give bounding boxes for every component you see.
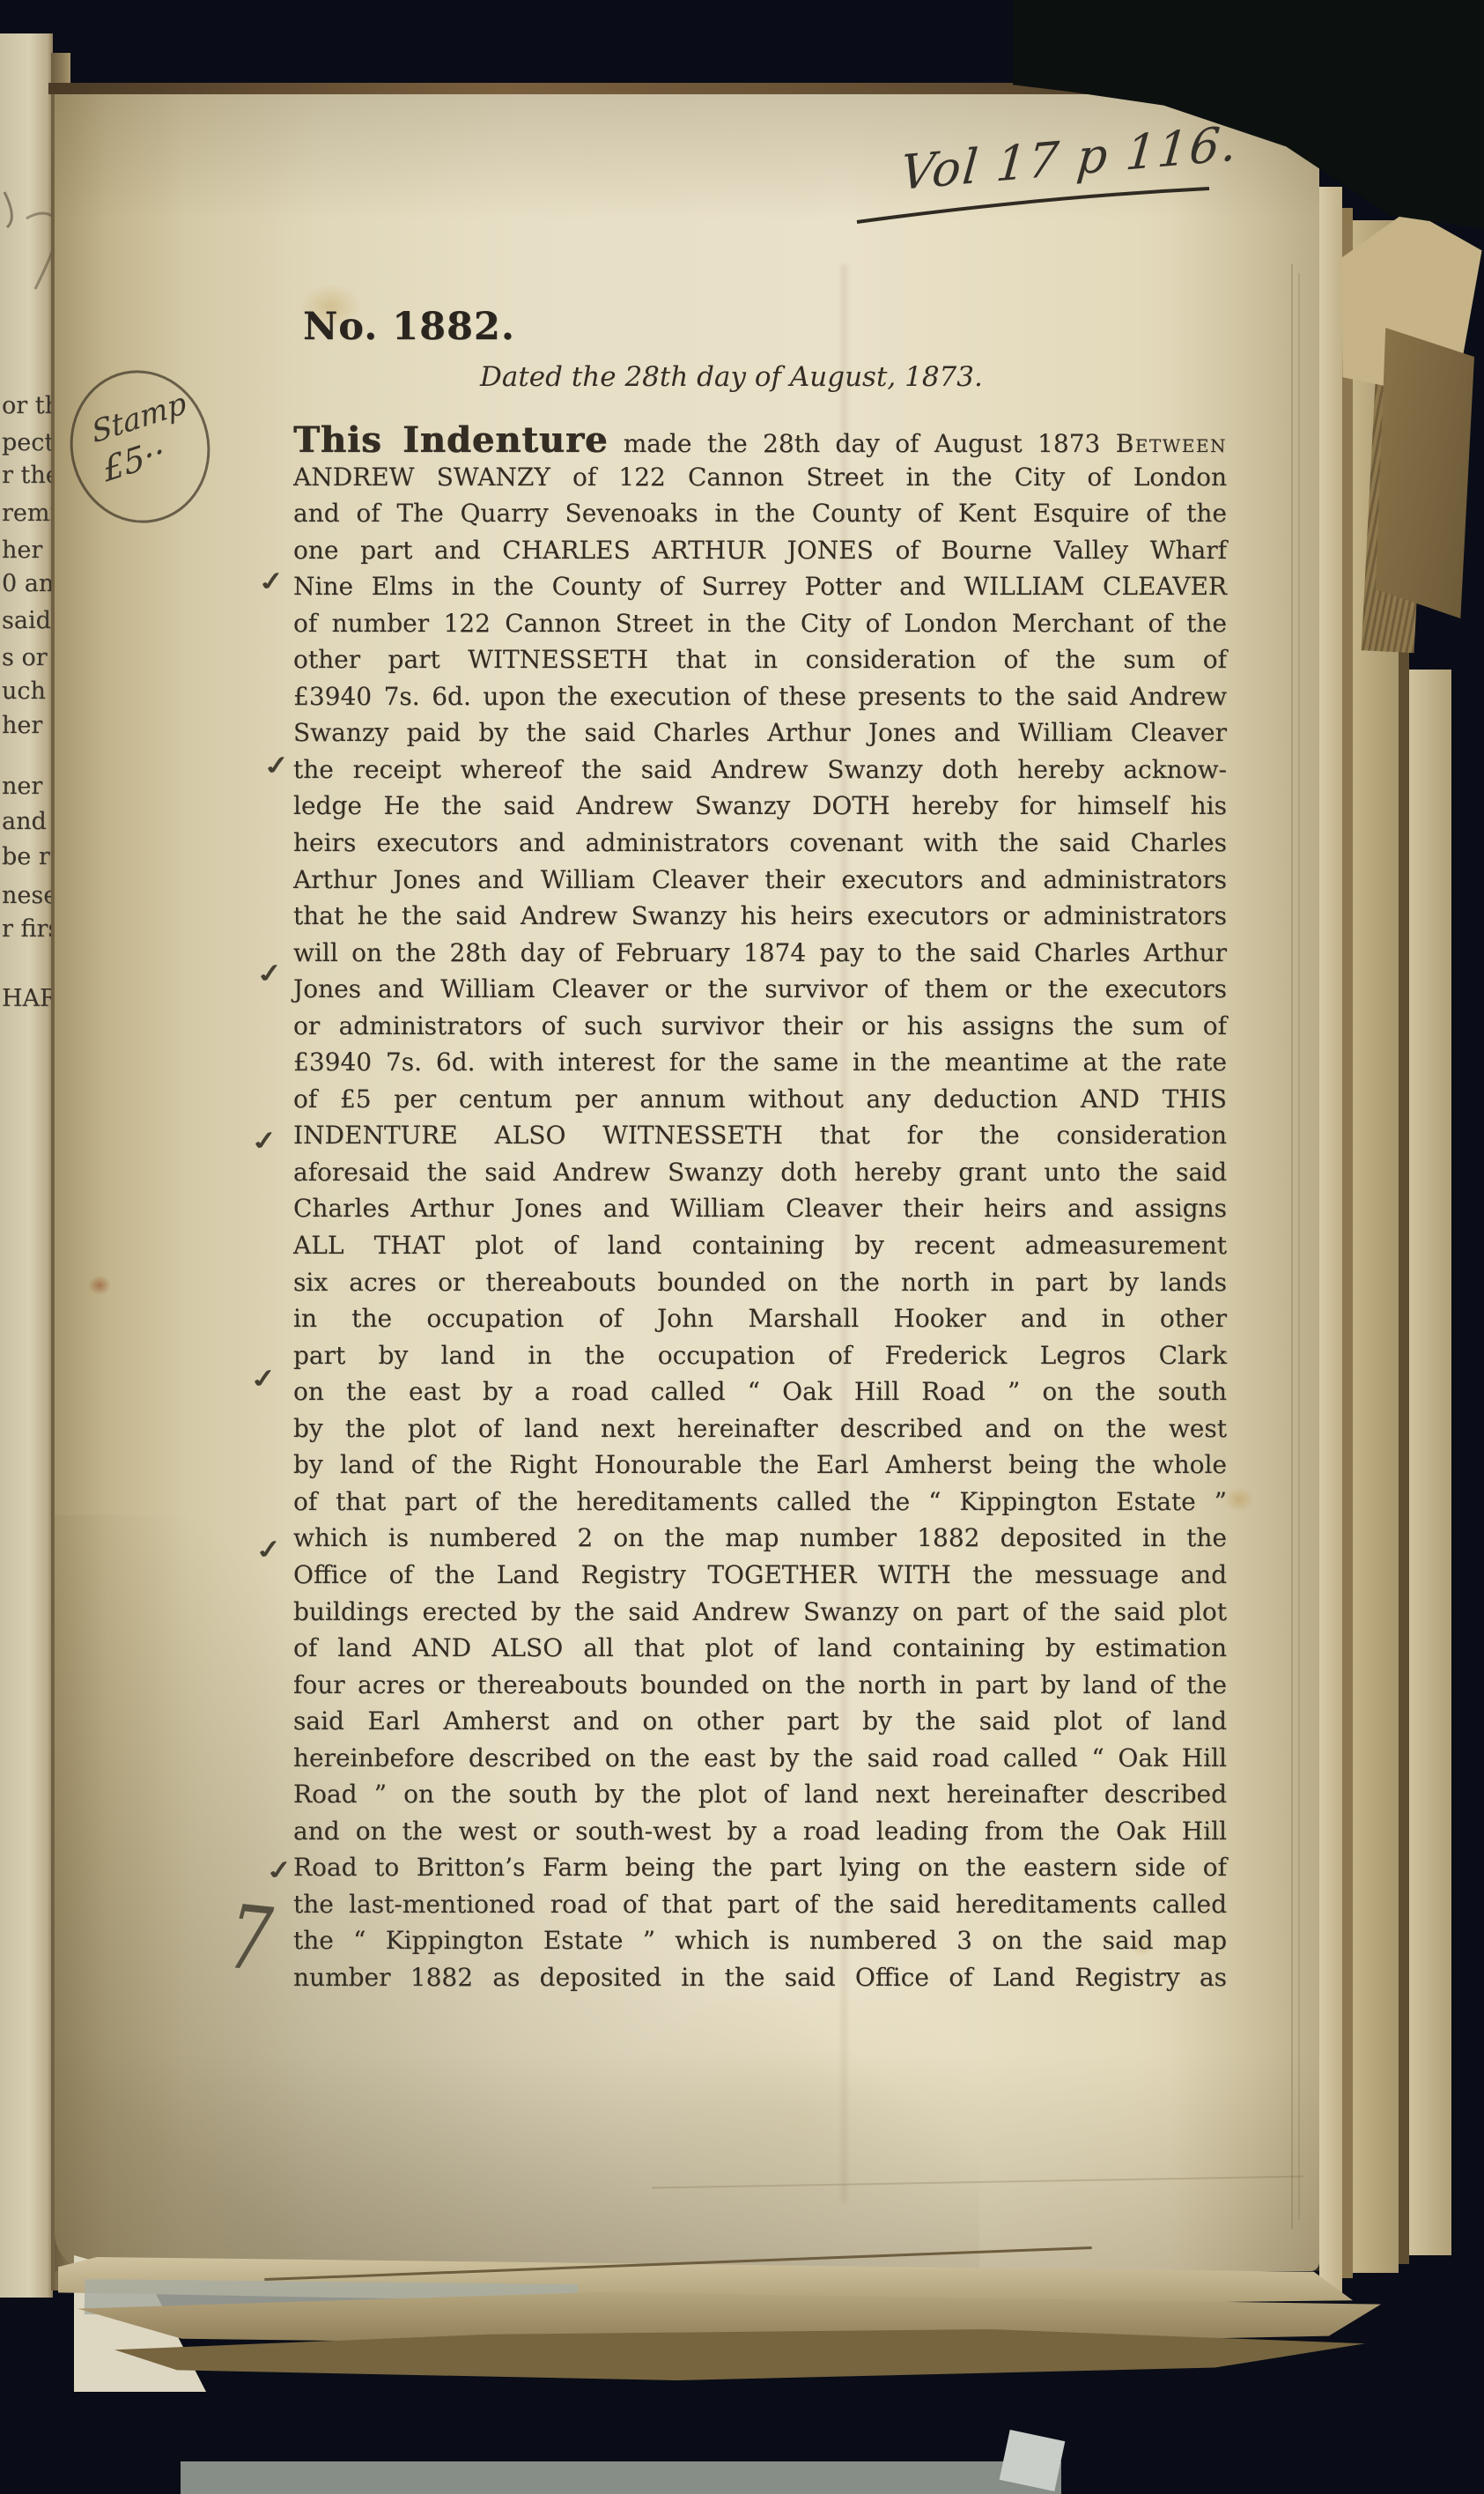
line-text: the receipt whereof the said Andrew Swan… [293,755,1227,784]
body-line: and on the west or south-west by a road … [293,1813,1227,1850]
line-text: of that part of the hereditaments called… [293,1487,1227,1516]
line-text: aforesaid the said Andrew Swanzy doth he… [293,1158,1227,1187]
body-line: four acres or thereabouts bounded on the… [293,1667,1227,1704]
line-text: £3940 7s. 6d. with interest for the same… [293,1047,1227,1077]
previous-page-fragment: be reasonal [2,843,51,870]
previous-page-fragment: remises [2,500,51,527]
body-line: buildings erected by the said Andrew Swa… [293,1594,1227,1631]
body-line: six acres or thereabouts bounded on the … [293,1264,1227,1301]
body-line: of number 122 Cannon Street in the City … [293,605,1227,642]
line-text: that he the said Andrew Swanzy his heirs… [293,901,1227,930]
body-line: other part WITNESSETH that in considerat… [293,641,1227,678]
body-line: ledge He the said Andrew Swanzy DOTH her… [293,788,1227,825]
line-text: INDENTURE ALSO WITNESSETH that for the c… [293,1121,1227,1150]
body-line: Road ” on the south by the plot of land … [293,1776,1227,1813]
previous-page-fragment: r first abo [2,915,51,943]
line-text: Road ” on the south by the plot of land … [293,1780,1227,1809]
line-text: which is numbered 2 on the map number 18… [293,1523,1227,1552]
line-text: ledge He the said Andrew Swanzy DOTH her… [293,791,1227,820]
scanner-bed-strip [181,2461,1061,2494]
page-stack-gap [1342,208,1353,2278]
line-text: of land AND ALSO all that plot of land c… [293,1633,1227,1662]
body-line: ANDREW SWANZY of 122 Cannon Street in th… [293,459,1227,496]
volume-ref-underline [853,180,1222,233]
body-line: number 1882 as deposited in the said Off… [293,1959,1227,1996]
line-text: £3940 7s. 6d. upon the execution of thes… [293,682,1227,711]
margin-tick-mark: ✓ [254,1535,284,1566]
line-text: Road to Britton’s Farm being the part ly… [293,1853,1227,1882]
line-text: Between [1116,429,1227,458]
margin-tick-mark: ✓ [249,1126,280,1158]
previous-page-fragment: 0 and £ [2,570,51,597]
body-line: Road to Britton’s Farm being the part ly… [293,1849,1227,1886]
previous-page-fragment: or the s [2,392,51,419]
previous-page-fragment: her execu [2,712,51,739]
previous-page-fragment: said Cha [2,607,51,634]
body-line: said Earl Amherst and on other part by t… [293,1703,1227,1740]
line-text: by land of the Right Honourable the Earl… [293,1450,1227,1479]
line-text: and of The Quarry Sevenoaks in the Count… [293,499,1227,528]
body-line: one part and CHARLES ARTHUR JONES of Bou… [293,532,1227,569]
pressed-line-vertical [1291,264,1293,2229]
line-text: the “ Kippington Estate ” which is numbe… [293,1926,1227,1955]
line-text: will on the 28th day of February 1874 pa… [293,938,1227,967]
line-text: one part and CHARLES ARTHUR JONES of Bou… [293,536,1227,565]
margin-tick-mark: ✓ [262,751,292,782]
body-line: the receipt whereof the said Andrew Swan… [293,751,1227,788]
body-line: This Indenture made the 28th day of Augu… [293,422,1227,459]
line-text: made the 28th day of August 1873 [608,429,1115,458]
line-text: and on the west or south-west by a road … [293,1817,1227,1846]
body-line: of land AND ALSO all that plot of land c… [293,1630,1227,1667]
line-text: Office of the Land Registry TOGETHER WIT… [293,1560,1227,1589]
body-line: Office of the Land Registry TOGETHER WIT… [293,1557,1227,1594]
line-text: Charles Arthur Jones and William Cleaver… [293,1194,1227,1223]
line-text: six acres or thereabouts bounded on the … [293,1268,1227,1297]
previous-page-fragment: r the furth [2,462,51,489]
line-text: on the east by a road called “ Oak Hill … [293,1377,1227,1406]
line-text: Nine Elms in the County of Surrey Potter… [293,572,1227,601]
body-line: INDENTURE ALSO WITNESSETH that for the c… [293,1117,1227,1154]
body-line: £3940 7s. 6d. with interest for the same… [293,1044,1227,1081]
margin-tick-mark: ✓ [248,1364,279,1395]
body-line: and of The Quarry Sevenoaks in the Count… [293,495,1227,532]
body-line: by the plot of land next hereinafter des… [293,1410,1227,1447]
line-text: of number 122 Cannon Street in the City … [293,609,1227,638]
page-stack-edge [1319,187,1342,2298]
body-line: £3940 7s. 6d. upon the execution of thes… [293,678,1227,715]
line-text: or administrators of such survivor their… [293,1011,1227,1040]
previous-page-edge [0,33,53,2298]
line-text: four acres or thereabouts bounded on the… [293,1670,1227,1699]
body-line: Arthur Jones and William Cleaver their e… [293,862,1227,899]
line-text: number 1882 as deposited in the said Off… [293,1963,1227,1992]
pressed-line-vertical-2 [1298,273,1300,2220]
previous-page-fragment: and Willi [2,808,51,835]
line-text: ALL THAT plot of land containing by rece… [293,1231,1227,1260]
line-text: other part WITNESSETH that in considerat… [293,645,1227,674]
previous-page-fragment: s or survi [2,644,51,671]
body-line: heirs executors and administrators coven… [293,825,1227,862]
body-text: This Indenture made the 28th day of Augu… [293,422,1227,1996]
body-line: Jones and William Cleaver or the survivo… [293,971,1227,1008]
margin-tick-mark: ✓ [255,958,285,990]
body-line: aforesaid the said Andrew Swanzy doth he… [293,1154,1227,1191]
previous-page-fragment: ner execut [2,773,51,800]
body-line: of that part of the hereditaments called… [293,1484,1227,1521]
line-text: buildings erected by the said Andrew Swa… [293,1597,1227,1626]
body-line: on the east by a road called “ Oak Hill … [293,1373,1227,1410]
body-line: Charles Arthur Jones and William Cleaver… [293,1190,1227,1227]
torn-paper-fragment [1376,328,1474,618]
margin-tick-mark: ✓ [264,1855,295,1887]
line-text: the last-mentioned road of that part of … [293,1890,1227,1919]
line-text: in the occupation of John Marshall Hooke… [293,1304,1227,1333]
previous-page-fragment: pective he [2,429,51,456]
body-line: by land of the Right Honourable the Earl… [293,1447,1227,1484]
line-text: heirs executors and administrators coven… [293,828,1227,857]
body-line: hereinbefore described on the east by th… [293,1740,1227,1777]
body-line: will on the 28th day of February 1874 pa… [293,935,1227,972]
case-number: No. 1882. [303,305,515,349]
body-line: ALL THAT plot of land containing by rece… [293,1227,1227,1264]
opening-words: This Indenture [293,419,608,461]
body-line: part by land in the occupation of Freder… [293,1337,1227,1374]
previous-page-fragment: uch survi [2,677,51,705]
line-text: Swanzy paid by the said Charles Arthur J… [293,718,1227,747]
body-line: the last-mentioned road of that part of … [293,1886,1227,1923]
margin-tick-mark: ✓ [256,566,287,598]
line-text: by the plot of land next hereinafter des… [293,1414,1227,1443]
body-line: of £5 per centum per annum without any d… [293,1081,1227,1118]
previous-page-text-fragments: or the spective her the furthremisesher … [0,379,51,1048]
body-line: or administrators of such survivor their… [293,1008,1227,1045]
body-line: in the occupation of John Marshall Hooke… [293,1300,1227,1337]
body-line: the “ Kippington Estate ” which is numbe… [293,1922,1227,1959]
body-line: which is numbered 2 on the map number 18… [293,1520,1227,1557]
previous-page-fragment: nese prese [2,882,51,909]
line-text: Arthur Jones and William Cleaver their e… [293,865,1227,894]
line-text: hereinbefore described on the east by th… [293,1743,1227,1772]
line-text: Jones and William Cleaver or the survivo… [293,974,1227,1003]
page-stack-edge [1409,670,1451,2255]
previous-page-fragment: HARDS. [2,985,51,1012]
line-text: said Earl Amherst and on other part by t… [293,1706,1227,1735]
book-scan-photo: or the spective her the furthremisesher … [0,0,1484,2494]
body-line: that he the said Andrew Swanzy his heirs… [293,898,1227,935]
dated-line: Dated the 28th day of August, 1873. [480,361,983,393]
previous-page-fragment: her afores [2,537,51,564]
line-text: ANDREW SWANZY of 122 Cannon Street in th… [293,463,1227,492]
line-text: part by land in the occupation of Freder… [293,1341,1227,1370]
line-text: of £5 per centum per annum without any d… [293,1084,1227,1114]
body-line: Swanzy paid by the said Charles Arthur J… [293,714,1227,751]
body-line: Nine Elms in the County of Surrey Potter… [293,568,1227,605]
